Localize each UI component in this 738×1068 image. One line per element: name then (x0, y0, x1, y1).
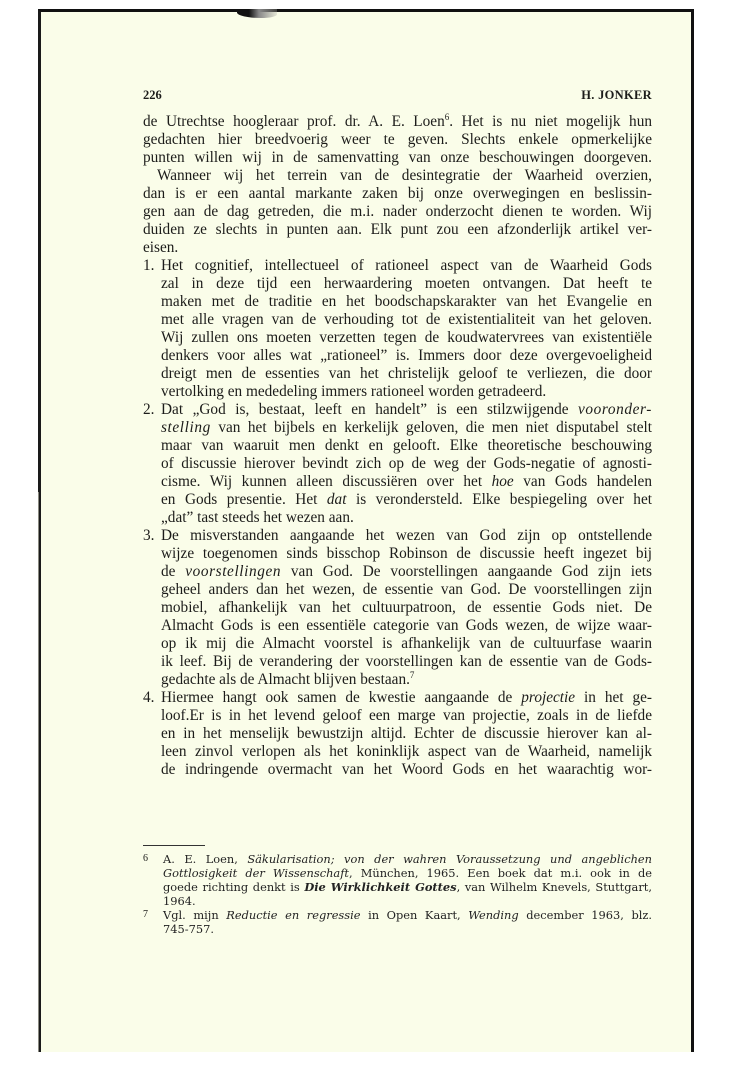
footnote-ref-7[interactable]: 7 (410, 670, 415, 680)
scan-artifact (237, 9, 277, 18)
text-line: of discussie hierover bevindt zich op de… (161, 455, 652, 473)
page-number: 226 (143, 88, 162, 103)
text-line: denkers voor alles wat „rationeel” is. I… (161, 347, 652, 365)
footnote-line: 745-757. (163, 922, 652, 936)
text-line: duiden ze slechts in punten aan. Elk pun… (143, 221, 652, 239)
text-line: Hiermee hangt ook samen de kwestie aanga… (161, 689, 652, 707)
text-line: loof.Er is in het levend geloof een marg… (161, 707, 652, 725)
text-line: dan is er een aantal markante zaken bij … (143, 185, 652, 203)
footnote-line: Vgl. mijn Reductie en regressie in Open … (163, 908, 652, 922)
text-line: ik leef. Bij de verandering der voorstel… (161, 653, 652, 671)
list-number: 2. (143, 401, 154, 419)
list-number: 3. (143, 527, 154, 545)
footnote-line: Gottlosigkeit der Wissenschaft, München,… (163, 866, 652, 880)
text-line: de Utrechtse hoogleraar prof. dr. A. E. … (143, 113, 652, 131)
text-line: gedachte als de Almacht blijven bestaan.… (161, 671, 652, 689)
text-line: maar van waaruit men denkt en gelooft. E… (161, 437, 652, 455)
text-line: Het cognitief, intellectueel of rationee… (161, 257, 652, 275)
text-line: gen aan de dag getreden, die m.i. nader … (143, 203, 652, 221)
text-line: en Gods presentie. Het dat is veronderst… (161, 491, 652, 509)
text-line: cisme. Wij kunnen alleen discussiëren ov… (161, 473, 652, 491)
text-line: de voorstellingen van God. De voorstelli… (161, 563, 652, 581)
text-line: „dat” tast steeds het wezen aan. (161, 509, 652, 527)
text-line: wijze toegenomen sinds bisschop Robinson… (161, 545, 652, 563)
text-line: de indringende overmacht van het Woord G… (161, 761, 652, 779)
text-line: Dat „God is, bestaat, leeft en handelt” … (161, 401, 652, 419)
text-line: dreigt men de essenties van het christel… (161, 365, 652, 383)
text-line: en in het menselijk bewustzijn altijd. E… (161, 725, 652, 743)
footnote-line: A. E. Loen, Säkularisation; von der wahr… (163, 852, 652, 866)
footnote-line: 1964. (163, 894, 652, 908)
text-line: maken met de traditie en het boodschapsk… (161, 293, 652, 311)
text-line: op ik mij die Almacht voorstel is afhank… (161, 635, 652, 653)
text-line: Wanneer wij het terrein van de desintegr… (157, 167, 652, 185)
text-line: gedachten hier breedvoerig weer te geven… (143, 131, 652, 149)
footnote-line: goede richting denkt is Die Wirklichkeit… (163, 880, 652, 894)
footnote-number: 6 (143, 853, 148, 864)
text-line: mobiel, afhankelijk van het cultuurpatro… (161, 599, 652, 617)
text-line: leen zinvol verlopen als het koninklijk … (161, 743, 652, 761)
text-line: Almacht Gods is een essentiële categorie… (161, 617, 652, 635)
text-line: met alle vragen van de verhouding tot de… (161, 311, 652, 329)
text-line: vertolking en mededeling immers rationee… (161, 383, 652, 401)
text-line: stelling van het bijbels en kerkelijk ge… (161, 419, 652, 437)
text-line: eisen. (143, 239, 652, 257)
text-line: geheel anders dan het wezen, de essentie… (161, 581, 652, 599)
footnote-number: 7 (143, 909, 148, 920)
text-line: Wij zullen ons moeten verzetten tegen de… (161, 329, 652, 347)
list-number: 4. (143, 689, 154, 707)
running-head: 226 H. JONKER (143, 88, 652, 104)
scanned-page: 226 H. JONKER de Utrechtse hoogleraar pr… (38, 9, 694, 1052)
text-line: De misverstanden aangaande het wezen van… (161, 527, 652, 545)
list-number: 1. (143, 257, 154, 275)
footnote-rule (143, 845, 205, 846)
text-line: punten willen wij in de samenvatting van… (143, 149, 652, 167)
text-line: zal in deze tijd een herwaardering moete… (161, 275, 652, 293)
author-running-head: H. JONKER (581, 88, 652, 103)
